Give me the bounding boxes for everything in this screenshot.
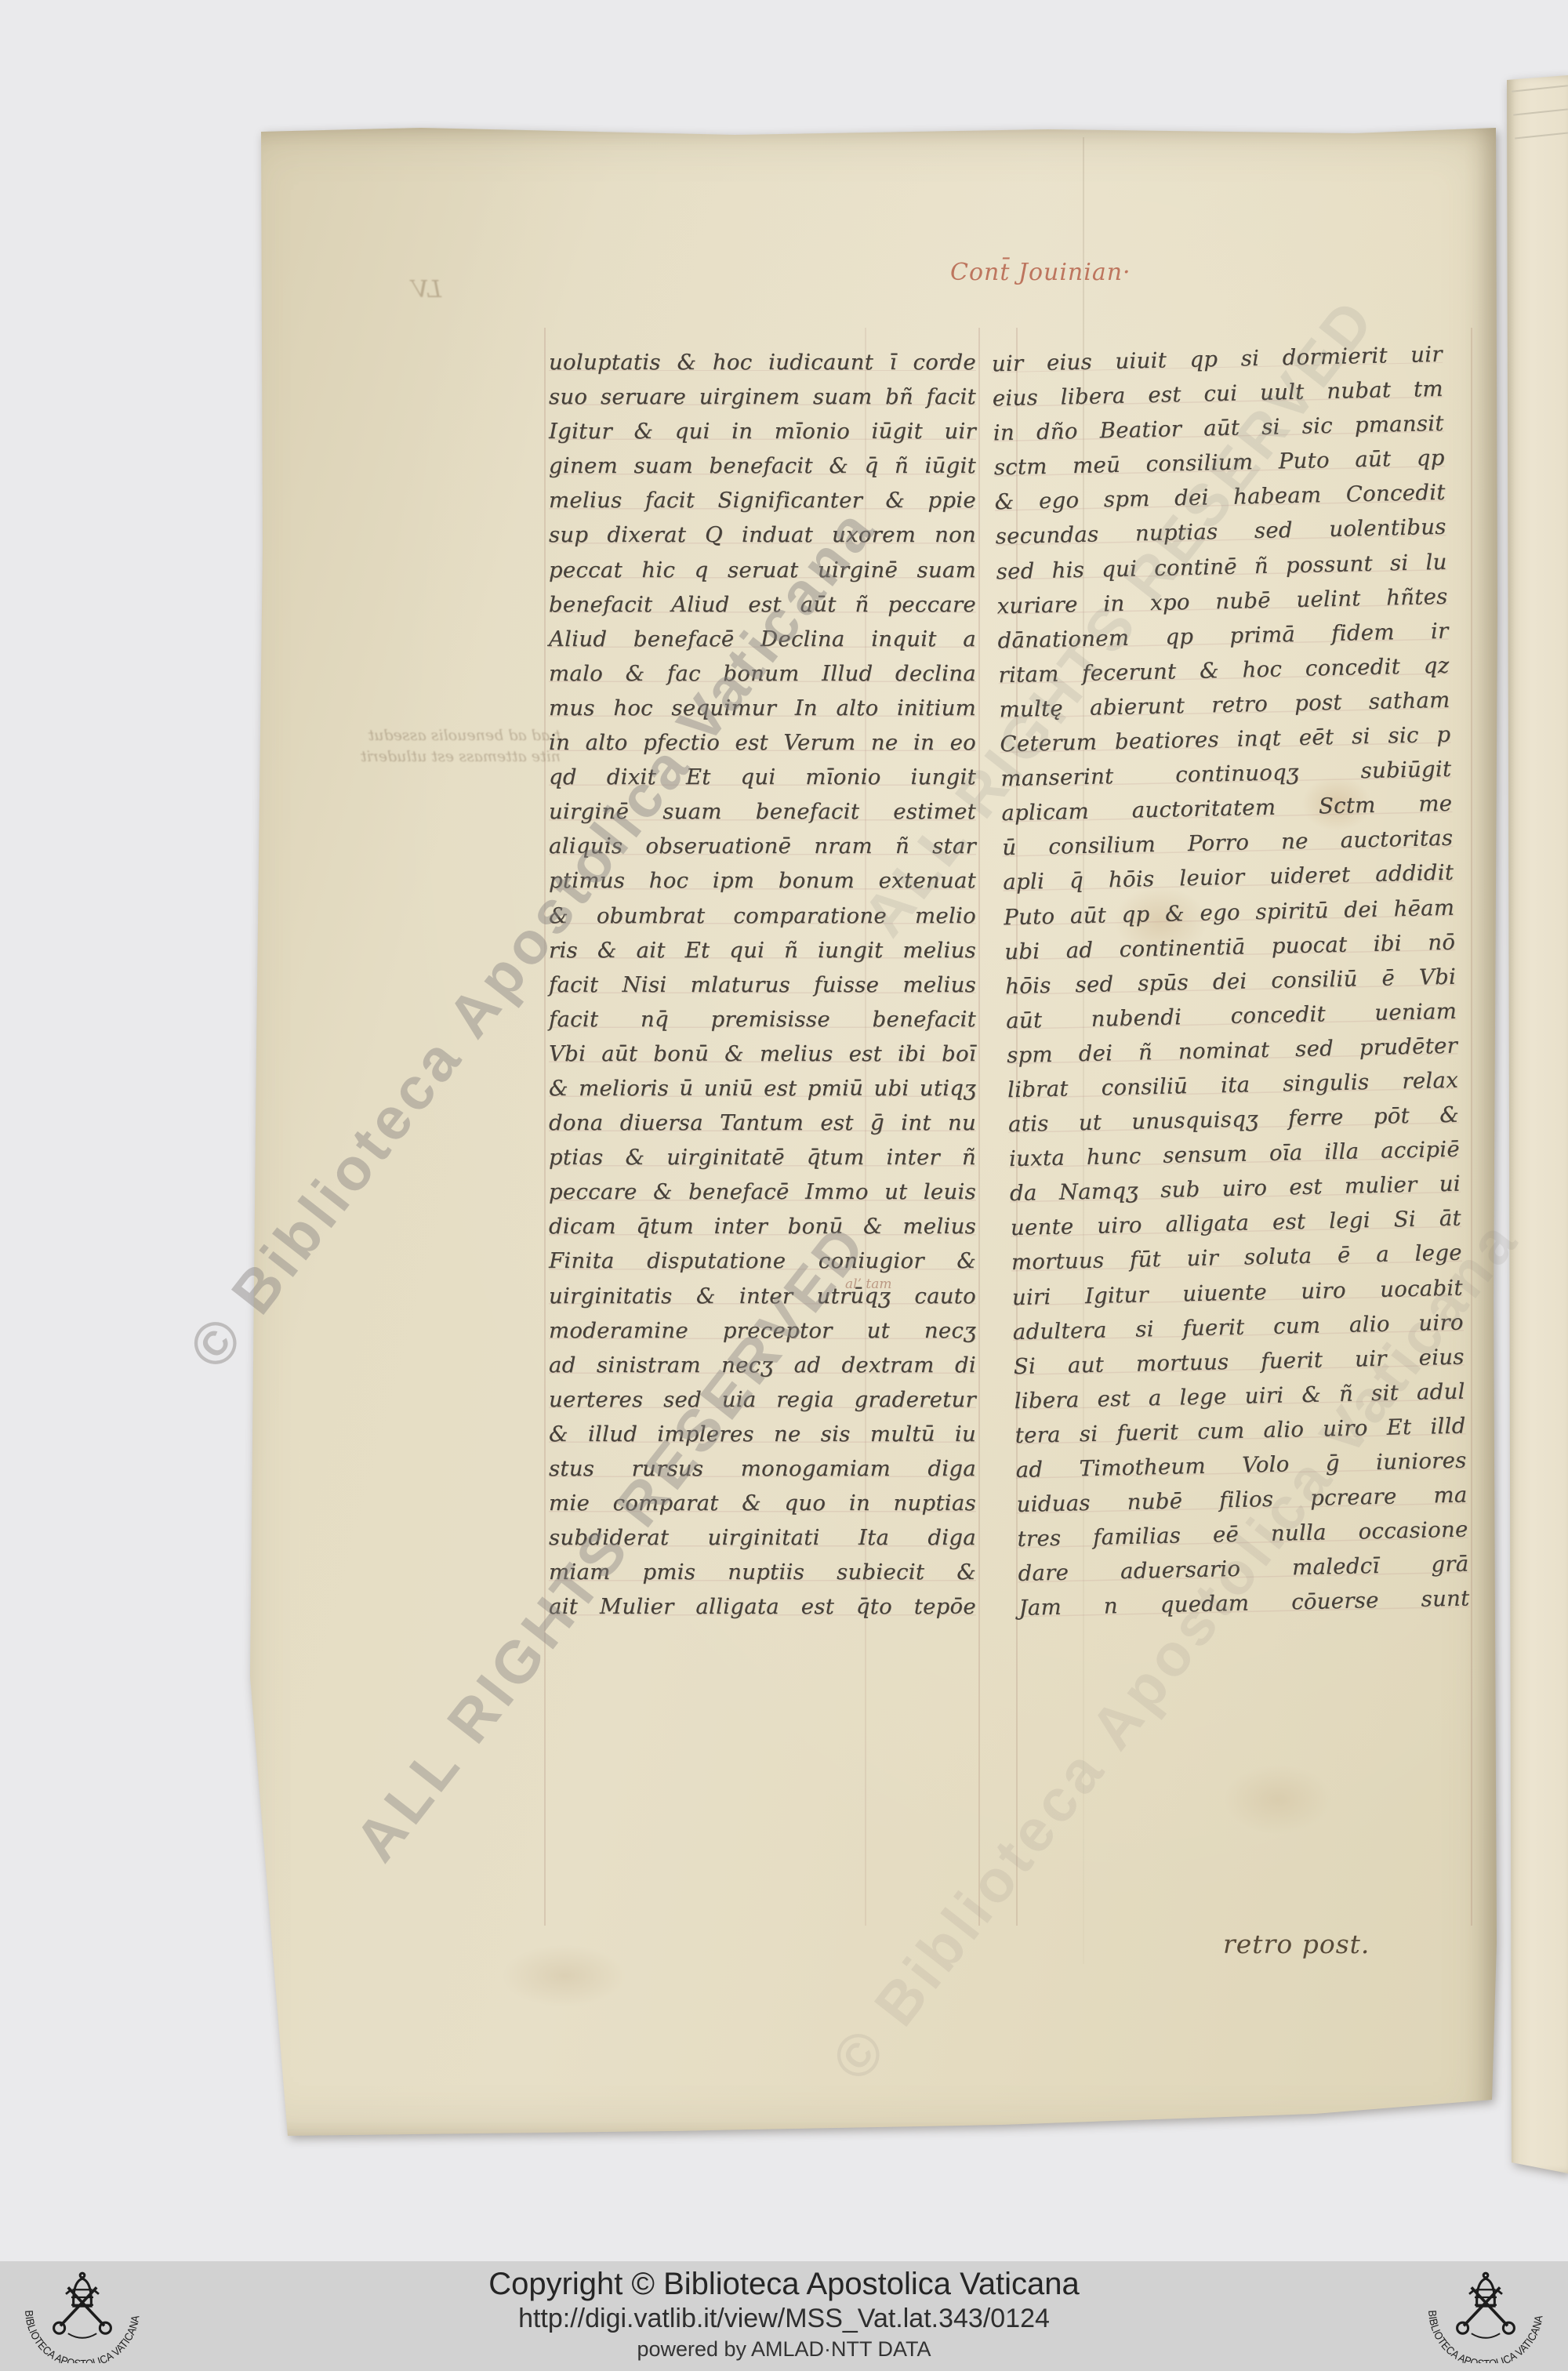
- manuscript-line: ginem suam benefacit & q̄ ñ iūgit: [549, 448, 976, 483]
- logo-arc-text: BIBLIOTECA APOSTOLICA VATICANA: [1426, 2310, 1545, 2363]
- vatican-library-logo-right: BIBLIOTECA APOSTOLICA VATICANA: [1413, 2264, 1559, 2363]
- manuscript-line: uoluptatis & hoc iudicaunt ī corde: [549, 345, 976, 379]
- manuscript-line: Igitur & qui in mīonio iūgit uir: [549, 414, 976, 448]
- marginal-gloss-showthrough: t ad ad beneuolis assedutnite attemass e…: [318, 725, 561, 768]
- manuscript-line: Vbi aūt bonū & melius est ibi boī: [549, 1037, 976, 1071]
- text-column-left: uoluptatis & hoc iudicaunt ī cordesuo se…: [549, 345, 976, 1624]
- footer-bar: Copyright © Biblioteca Apostolica Vatica…: [0, 2261, 1568, 2371]
- manuscript-line: dicam q̄tum inter bonū & melius: [549, 1209, 976, 1244]
- vatican-emblem-icon: [1457, 2273, 1515, 2338]
- manuscript-line: facit Nisi mlaturus fuisse melius: [549, 968, 976, 1002]
- powered-by-text: powered by AMLAD·NTT DATA: [0, 2335, 1568, 2363]
- source-url-text: http://digi.vatlib.it/view/MSS_Vat.lat.3…: [0, 2302, 1568, 2335]
- manuscript-line: peccat hic q seruat uirginē suam: [549, 553, 976, 587]
- running-title: Cont̄ Jouinian·: [950, 259, 1131, 286]
- catchword: retro post.: [1223, 1929, 1370, 1959]
- manuscript-line: sup dixerat Q induat uxorem non: [549, 517, 976, 552]
- manuscript-line: Finita disputatione coniugior &: [549, 1244, 976, 1278]
- text-column-right: uir eius uiuit qp si dormierit uireius l…: [991, 337, 1469, 1626]
- digitized-manuscript-viewer: LV t ad ad beneuolis assedutnite attemas…: [0, 0, 1568, 2371]
- ruling-line-vertical: [1471, 328, 1472, 1926]
- adjacent-page-edge: [1507, 75, 1568, 2173]
- manuscript-line: stus rursus monogamiam diga: [549, 1451, 976, 1486]
- vatican-library-logo-left: BIBLIOTECA APOSTOLICA VATICANA: [9, 2264, 155, 2363]
- manuscript-line: ptias & uirginitatē q̄tum inter ñ: [549, 1140, 976, 1175]
- folio-number-showthrough: LV: [412, 276, 441, 303]
- svg-text:BIBLIOTECA APOSTOLICA VATICANA: BIBLIOTECA APOSTOLICA VATICANA: [1426, 2310, 1545, 2363]
- manuscript-line: suo seruare uirginem suam bñ facit: [549, 379, 976, 414]
- manuscript-line: peccare & benefacē Immo ut leuis: [549, 1175, 976, 1209]
- parchment-stain: [1223, 1764, 1333, 1835]
- manuscript-line: dona diuersa Tantum est ḡ int nu: [549, 1106, 976, 1140]
- ruling-line-vertical: [978, 328, 980, 1926]
- copyright-text: Copyright © Biblioteca Apostolica Vatica…: [0, 2266, 1568, 2302]
- svg-text:BIBLIOTECA APOSTOLICA VATICANA: BIBLIOTECA APOSTOLICA VATICANA: [23, 2310, 142, 2363]
- manuscript-line: & melioris ū uniū est pmiū ubi utiqʒ: [549, 1071, 976, 1106]
- manuscript-line: facit nq̄ premisisse benefacit: [549, 1002, 976, 1037]
- gloss-line: nite attemass est utluderit: [318, 746, 561, 768]
- footer-text-block: Copyright © Biblioteca Apostolica Vatica…: [0, 2266, 1568, 2363]
- manuscript-line: in alto pfectio est Verum ne in eo: [549, 725, 976, 760]
- ruling-line-vertical: [544, 328, 546, 1926]
- logo-arc-text: BIBLIOTECA APOSTOLICA VATICANA: [23, 2310, 142, 2363]
- vatican-emblem-icon: [54, 2273, 111, 2338]
- manuscript-line: melius facit Significanter & ppie: [549, 483, 976, 517]
- manuscript-line: & illud impleres ne sis multū iu: [549, 1417, 976, 1451]
- parchment-stain: [502, 1944, 627, 2007]
- gloss-line: t ad ad beneuolis assedut: [318, 725, 561, 746]
